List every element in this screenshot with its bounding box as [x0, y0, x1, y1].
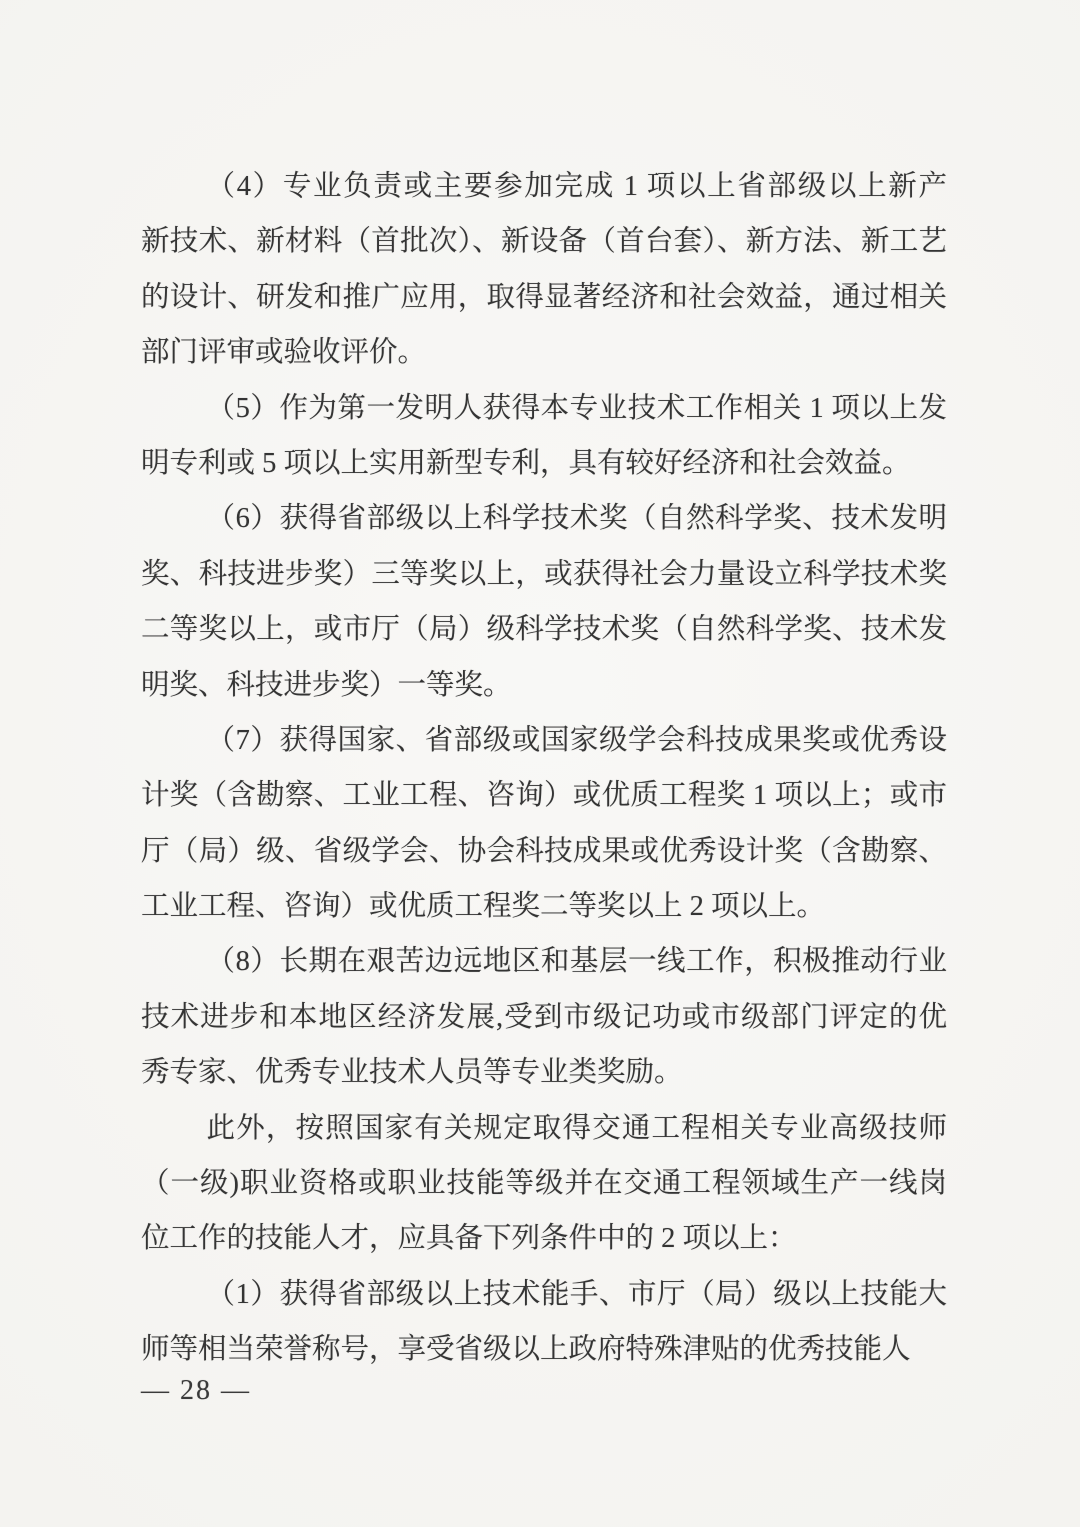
paragraph-line: （8）长期在艰苦边远地区和基层一线工作，积极推动行业 — [141, 934, 947, 989]
paragraph-line: 此外，按照国家有关规定取得交通工程相关专业高级技师 — [141, 1101, 947, 1156]
paragraph-line: 明奖、科技进步奖）一等奖。 — [141, 658, 947, 713]
paragraph-line: （5）作为第一发明人获得本专业技术工作相关 1 项以上发 — [141, 381, 947, 436]
paragraph-line: （4）专业负责或主要参加完成 1 项以上省部级以上新产品、 — [141, 159, 947, 214]
paragraph-line: 新技术、新材料（首批次）、新设备（首台套）、新方法、新工艺 — [141, 214, 947, 269]
paragraph-clause-7: （7）获得国家、省部级或国家级学会科技成果奖或优秀设 计奖（含勘察、工业工程、咨… — [141, 713, 947, 935]
document-body-text: （4）专业负责或主要参加完成 1 项以上省部级以上新产品、 新技术、新材料（首批… — [141, 159, 947, 1378]
paragraph-clause-8: （8）长期在艰苦边远地区和基层一线工作，积极推动行业 技术进步和本地区经济发展,… — [141, 934, 947, 1100]
paragraph-line: 师等相当荣誉称号，享受省级以上政府特殊津贴的优秀技能人 — [141, 1322, 947, 1377]
paragraph-clause-4: （4）专业负责或主要参加完成 1 项以上省部级以上新产品、 新技术、新材料（首批… — [141, 159, 947, 381]
paragraph-clause-5: （5）作为第一发明人获得本专业技术工作相关 1 项以上发 明专利或 5 项以上实… — [141, 381, 947, 492]
paragraph-line: 位工作的技能人才，应具备下列条件中的 2 项以上： — [141, 1211, 947, 1266]
paragraph-line: 计奖（含勘察、工业工程、咨询）或优质工程奖 1 项以上；或市 — [141, 768, 947, 823]
paragraph-line: 二等奖以上，或市厅（局）级科学技术奖（自然科学奖、技术发 — [141, 602, 947, 657]
paragraph-line: （6）获得省部级以上科学技术奖（自然科学奖、技术发明 — [141, 491, 947, 546]
document-page: （4）专业负责或主要参加完成 1 项以上省部级以上新产品、 新技术、新材料（首批… — [0, 0, 1080, 1527]
paragraph-line: （一级)职业资格或职业技能等级并在交通工程领域生产一线岗 — [141, 1156, 947, 1211]
paragraph-line: （1）获得省部级以上技术能手、市厅（局）级以上技能大 — [141, 1267, 947, 1322]
paragraph-clause-6: （6）获得省部级以上科学技术奖（自然科学奖、技术发明 奖、科技进步奖）三等奖以上… — [141, 491, 947, 713]
paragraph-line: 奖、科技进步奖）三等奖以上，或获得社会力量设立科学技术奖 — [141, 547, 947, 602]
paragraph-line: （7）获得国家、省部级或国家级学会科技成果奖或优秀设 — [141, 713, 947, 768]
page-number: — 28 — — [141, 1368, 251, 1414]
paragraph-line: 部门评审或验收评价。 — [141, 325, 947, 380]
paragraph-line: 技术进步和本地区经济发展,受到市级记功或市级部门评定的优 — [141, 990, 947, 1045]
paragraph-line: 厅（局）级、省级学会、协会科技成果或优秀设计奖（含勘察、 — [141, 824, 947, 879]
paragraph-line: 明专利或 5 项以上实用新型专利，具有较好经济和社会效益。 — [141, 436, 947, 491]
paragraph-line: 的设计、研发和推广应用，取得显著经济和社会效益，通过相关 — [141, 270, 947, 325]
paragraph-clause-1: （1）获得省部级以上技术能手、市厅（局）级以上技能大 师等相当荣誉称号，享受省级… — [141, 1267, 947, 1378]
paragraph-line: 工业工程、咨询）或优质工程奖二等奖以上 2 项以上。 — [141, 879, 947, 934]
paragraph-transition: 此外，按照国家有关规定取得交通工程相关专业高级技师 （一级)职业资格或职业技能等… — [141, 1101, 947, 1267]
paragraph-line: 秀专家、优秀专业技术人员等专业类奖励。 — [141, 1045, 947, 1100]
